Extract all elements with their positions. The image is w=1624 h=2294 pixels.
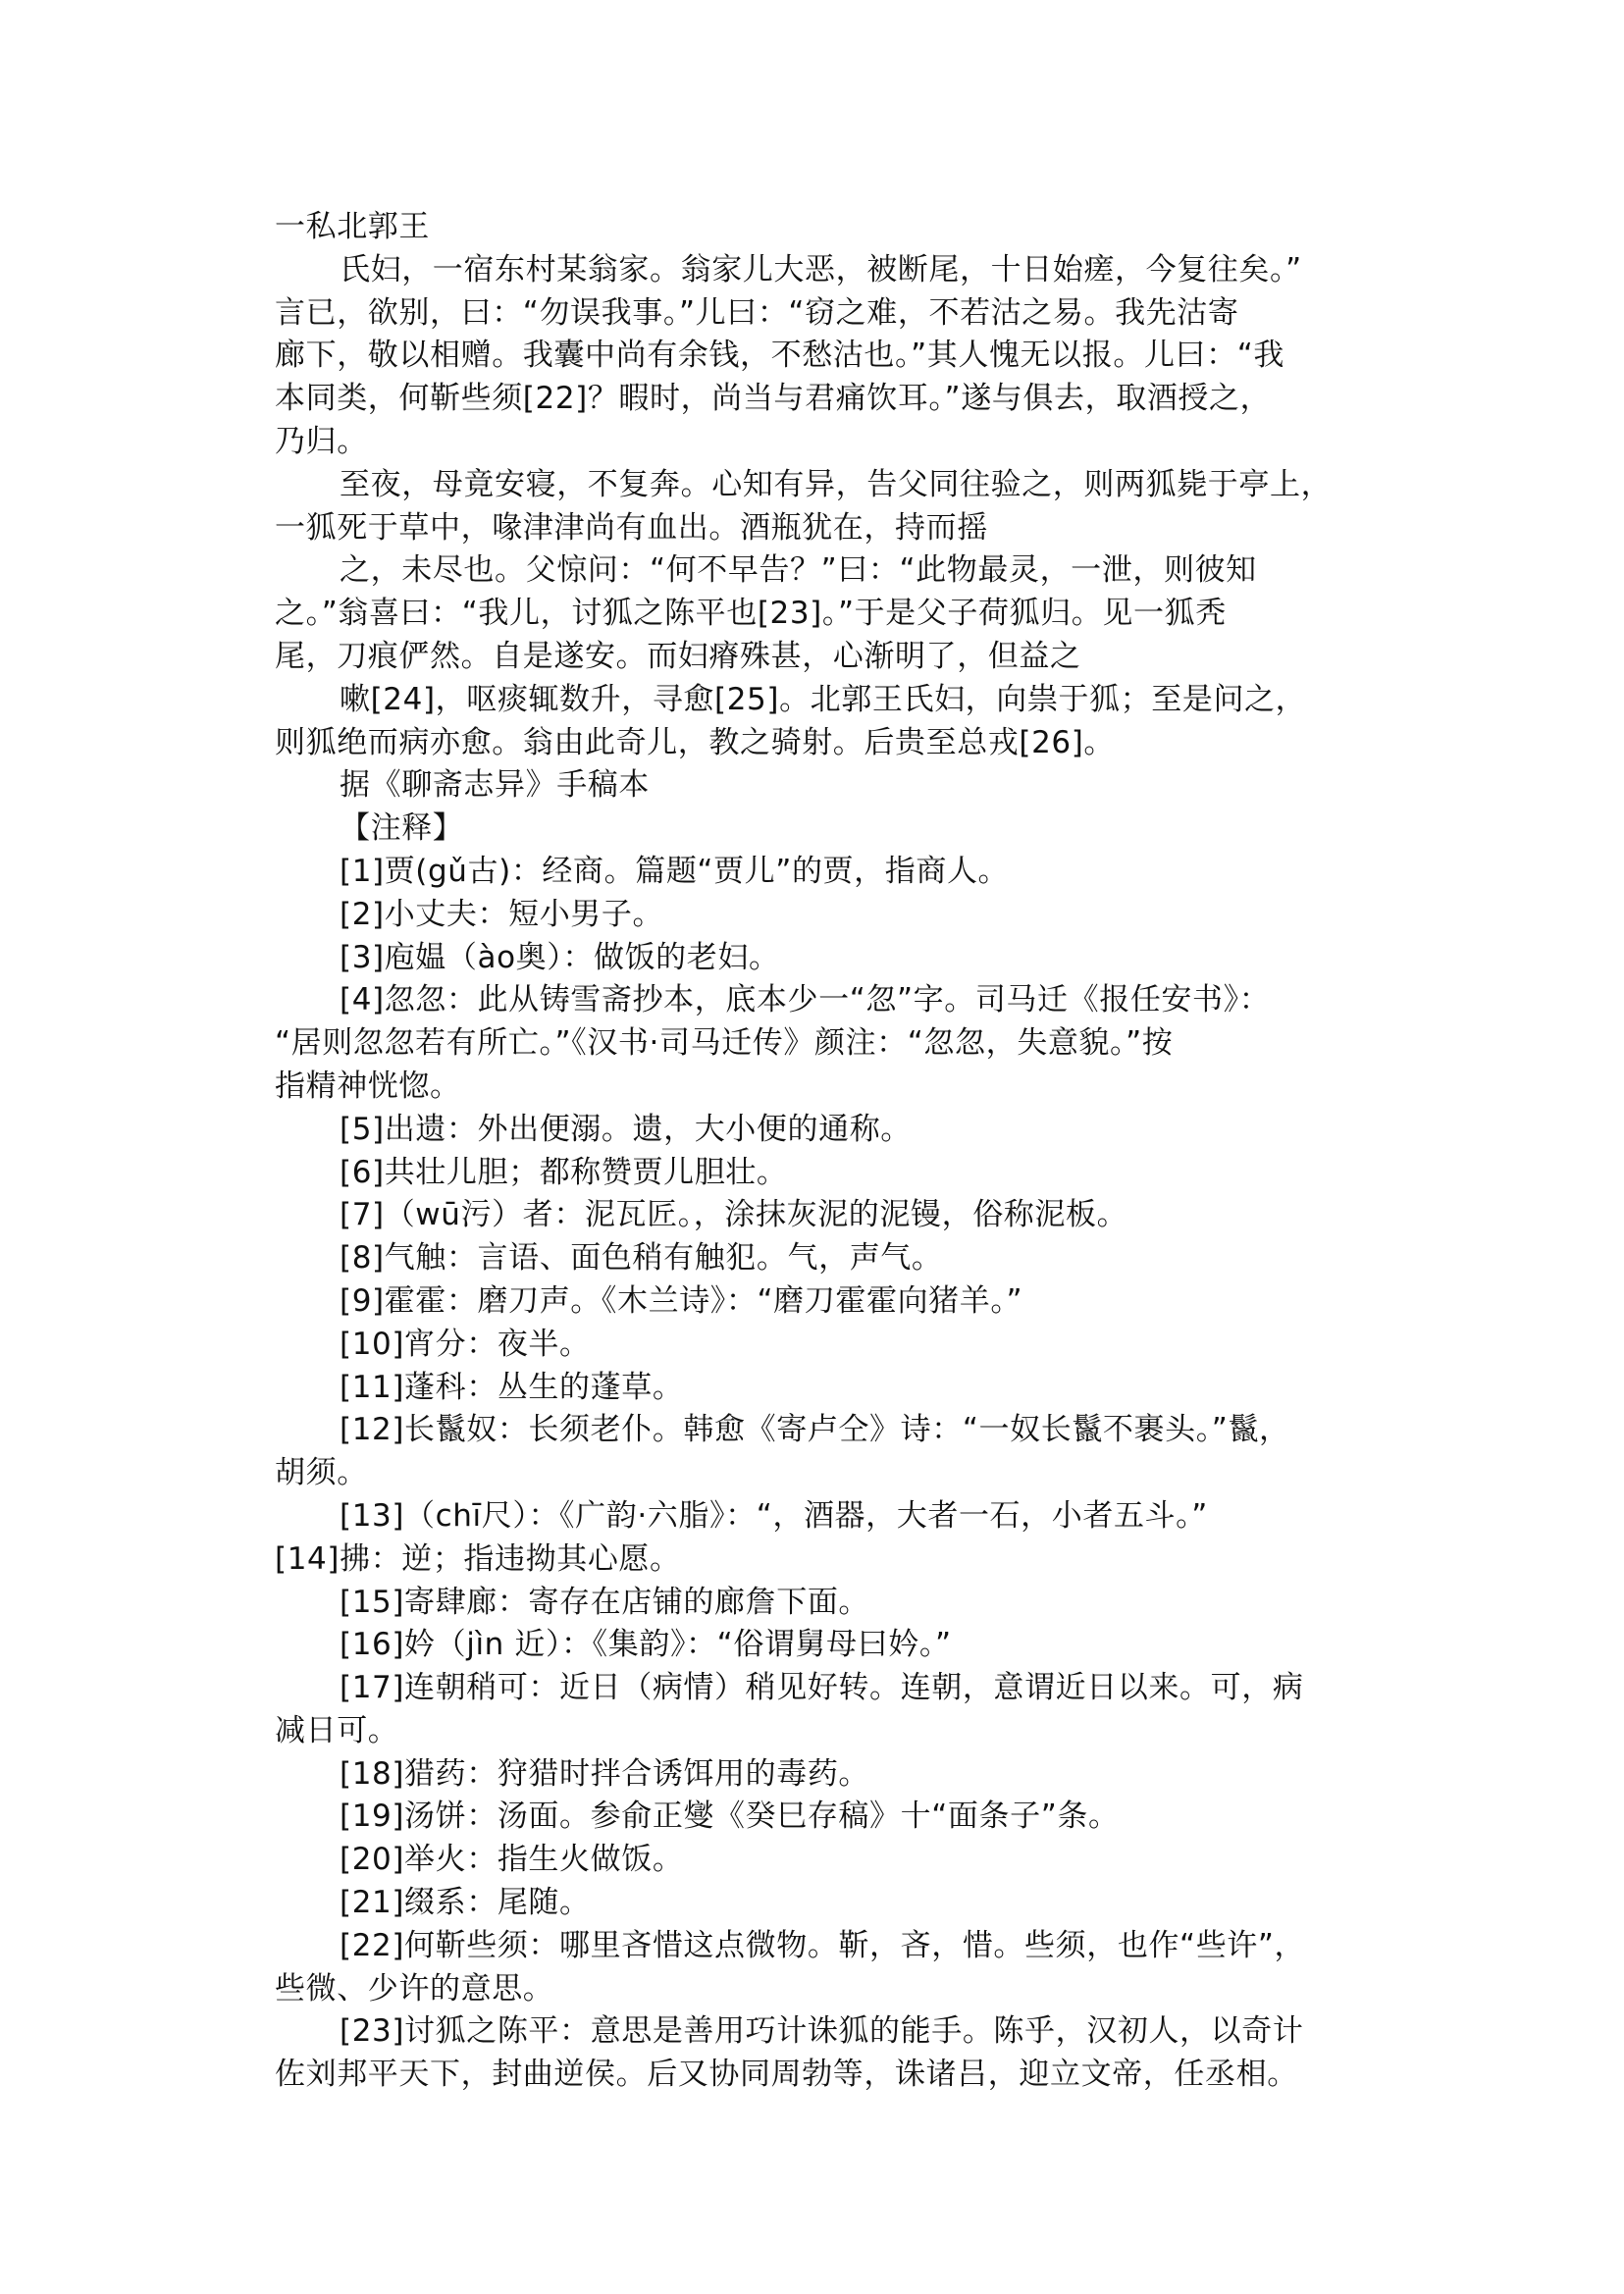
- text-line: 乃归。: [275, 421, 1354, 464]
- annotation-line: [18]猎药：狩猎时拌合诱饵用的毒药。: [275, 1753, 1354, 1797]
- text-line: 氏妇，一宿东村某翁家。翁家儿大恶，被断尾，十日始瘥，今复往矣。”: [275, 249, 1354, 292]
- text-line: 之，未尽也。父惊问：“何不早告？”曰：“此物最灵，一泄，则彼知: [275, 549, 1354, 593]
- annotation-line: [17]连朝稍可：近日（病情）稍见好转。连朝，意谓近日以来。可，病: [275, 1667, 1354, 1710]
- annotation-line: 减日可。: [275, 1710, 1354, 1753]
- annotation-line: 胡须。: [275, 1452, 1354, 1495]
- annotation-line: [20]举火：指生火做饭。: [275, 1839, 1354, 1882]
- text-line: 至夜，母竟安寝，不复奔。心知有异，告父同往验之，则两狐毙于亭上，: [275, 464, 1354, 507]
- text-line: 一狐死于草中，喙津津尚有血出。酒瓶犹在，持而摇: [275, 507, 1354, 550]
- annotation-line: [10]宵分：夜半。: [275, 1324, 1354, 1367]
- annotation-line: 佐刘邦平天下，封曲逆侯。后又协同周勃等，诛诸吕，迎立文帝，任丞相。: [275, 2054, 1354, 2097]
- annotation-line: “居则忽忽若有所亡。”《汉书·司马迁传》颜注：“忽忽，失意貌。”按: [275, 1022, 1354, 1066]
- annotation-line: [16]妗（jìn 近）：《集韵》：“俗谓舅母曰妗。”: [275, 1624, 1354, 1667]
- annotation-line: [11]蓬科：丛生的蓬草。: [275, 1367, 1354, 1410]
- annotation-line: [8]气触：言语、面色稍有触犯。气，声气。: [275, 1237, 1354, 1280]
- annotation-line: [4]忽忽：此从铸雪斋抄本，底本少一“忽”字。司马迁《报任安书》：: [275, 979, 1354, 1022]
- annotation-line: [12]长鬣奴：长须老仆。韩愈《寄卢仝》诗：“一奴长鬣不裹头。”鬣，: [275, 1409, 1354, 1452]
- notes-heading: 【注释】: [275, 808, 1354, 851]
- text-line: 则狐绝而病亦愈。翁由此奇儿，教之骑射。后贵至总戎[26]。: [275, 722, 1354, 765]
- annotation-line: [15]寄肆廊：寄存在店铺的廊詹下面。: [275, 1582, 1354, 1625]
- annotation-line: [1]贾(gǔ古)：经商。篇题“贾儿”的贾，指商人。: [275, 851, 1354, 894]
- annotation-line: [14]拂：逆；指违拗其心愿。: [275, 1538, 1354, 1582]
- annotation-line: [5]出遗：外出便溺。遗，大小便的通称。: [275, 1109, 1354, 1152]
- annotation-line: [22]何靳些须：哪里吝惜这点微物。靳，吝，惜。些须，也作“些许”，: [275, 1925, 1354, 1968]
- annotation-line: [6]共壮儿胆；都称赞贾儿胆壮。: [275, 1152, 1354, 1195]
- annotation-line: [2]小丈夫：短小男子。: [275, 894, 1354, 937]
- text-line: 本同类，何靳些须[22]？暇时，尚当与君痛饮耳。”遂与俱去，取酒授之，: [275, 378, 1354, 421]
- text-line: 一私北郭王: [275, 206, 1354, 249]
- source-note: 据《聊斋志异》手稿本: [275, 764, 1354, 808]
- document-page: 一私北郭王 氏妇，一宿东村某翁家。翁家儿大恶，被断尾，十日始瘥，今复往矣。” 言…: [275, 206, 1354, 2097]
- text-line: 尾，刀痕俨然。自是遂安。而妇瘠殊甚，心渐明了，但益之: [275, 636, 1354, 679]
- annotation-line: [3]庖媪（ào奥）：做饭的老妇。: [275, 937, 1354, 980]
- annotation-line: [21]缀系：尾随。: [275, 1882, 1354, 1925]
- annotation-line: [19]汤饼：汤面。参俞正燮《癸巳存稿》十“面条子”条。: [275, 1796, 1354, 1839]
- annotation-line: [9]霍霍：磨刀声。《木兰诗》：“磨刀霍霍向猪羊。”: [275, 1280, 1354, 1324]
- text-line: 嗽[24]，呕痰辄数升，寻愈[25]。北郭王氏妇，向祟于狐；至是问之，: [275, 679, 1354, 722]
- annotation-line: [13]（chī尺）：《广韵·六脂》：“，酒器，大者一石，小者五斗。”: [275, 1495, 1354, 1538]
- annotation-line: [23]讨狐之陈平：意思是善用巧计诛狐的能手。陈乎，汉初人，以奇计: [275, 2010, 1354, 2054]
- text-line: 之。”翁喜曰：“我儿，讨狐之陈平也[23]。”于是父子荷狐归。见一狐秃: [275, 593, 1354, 636]
- text-line: 言已，欲别，曰：“勿误我事。”儿曰：“窃之难，不若沽之易。我先沽寄: [275, 292, 1354, 336]
- annotation-line: [7]（wū污）者：泥瓦匠。，涂抹灰泥的泥镘，俗称泥板。: [275, 1194, 1354, 1237]
- annotation-line: 指精神恍惚。: [275, 1066, 1354, 1109]
- text-line: 廊下，敬以相赠。我囊中尚有余钱，不愁沽也。”其人愧无以报。儿曰：“我: [275, 335, 1354, 378]
- annotation-line: 些微、少许的意思。: [275, 1968, 1354, 2011]
